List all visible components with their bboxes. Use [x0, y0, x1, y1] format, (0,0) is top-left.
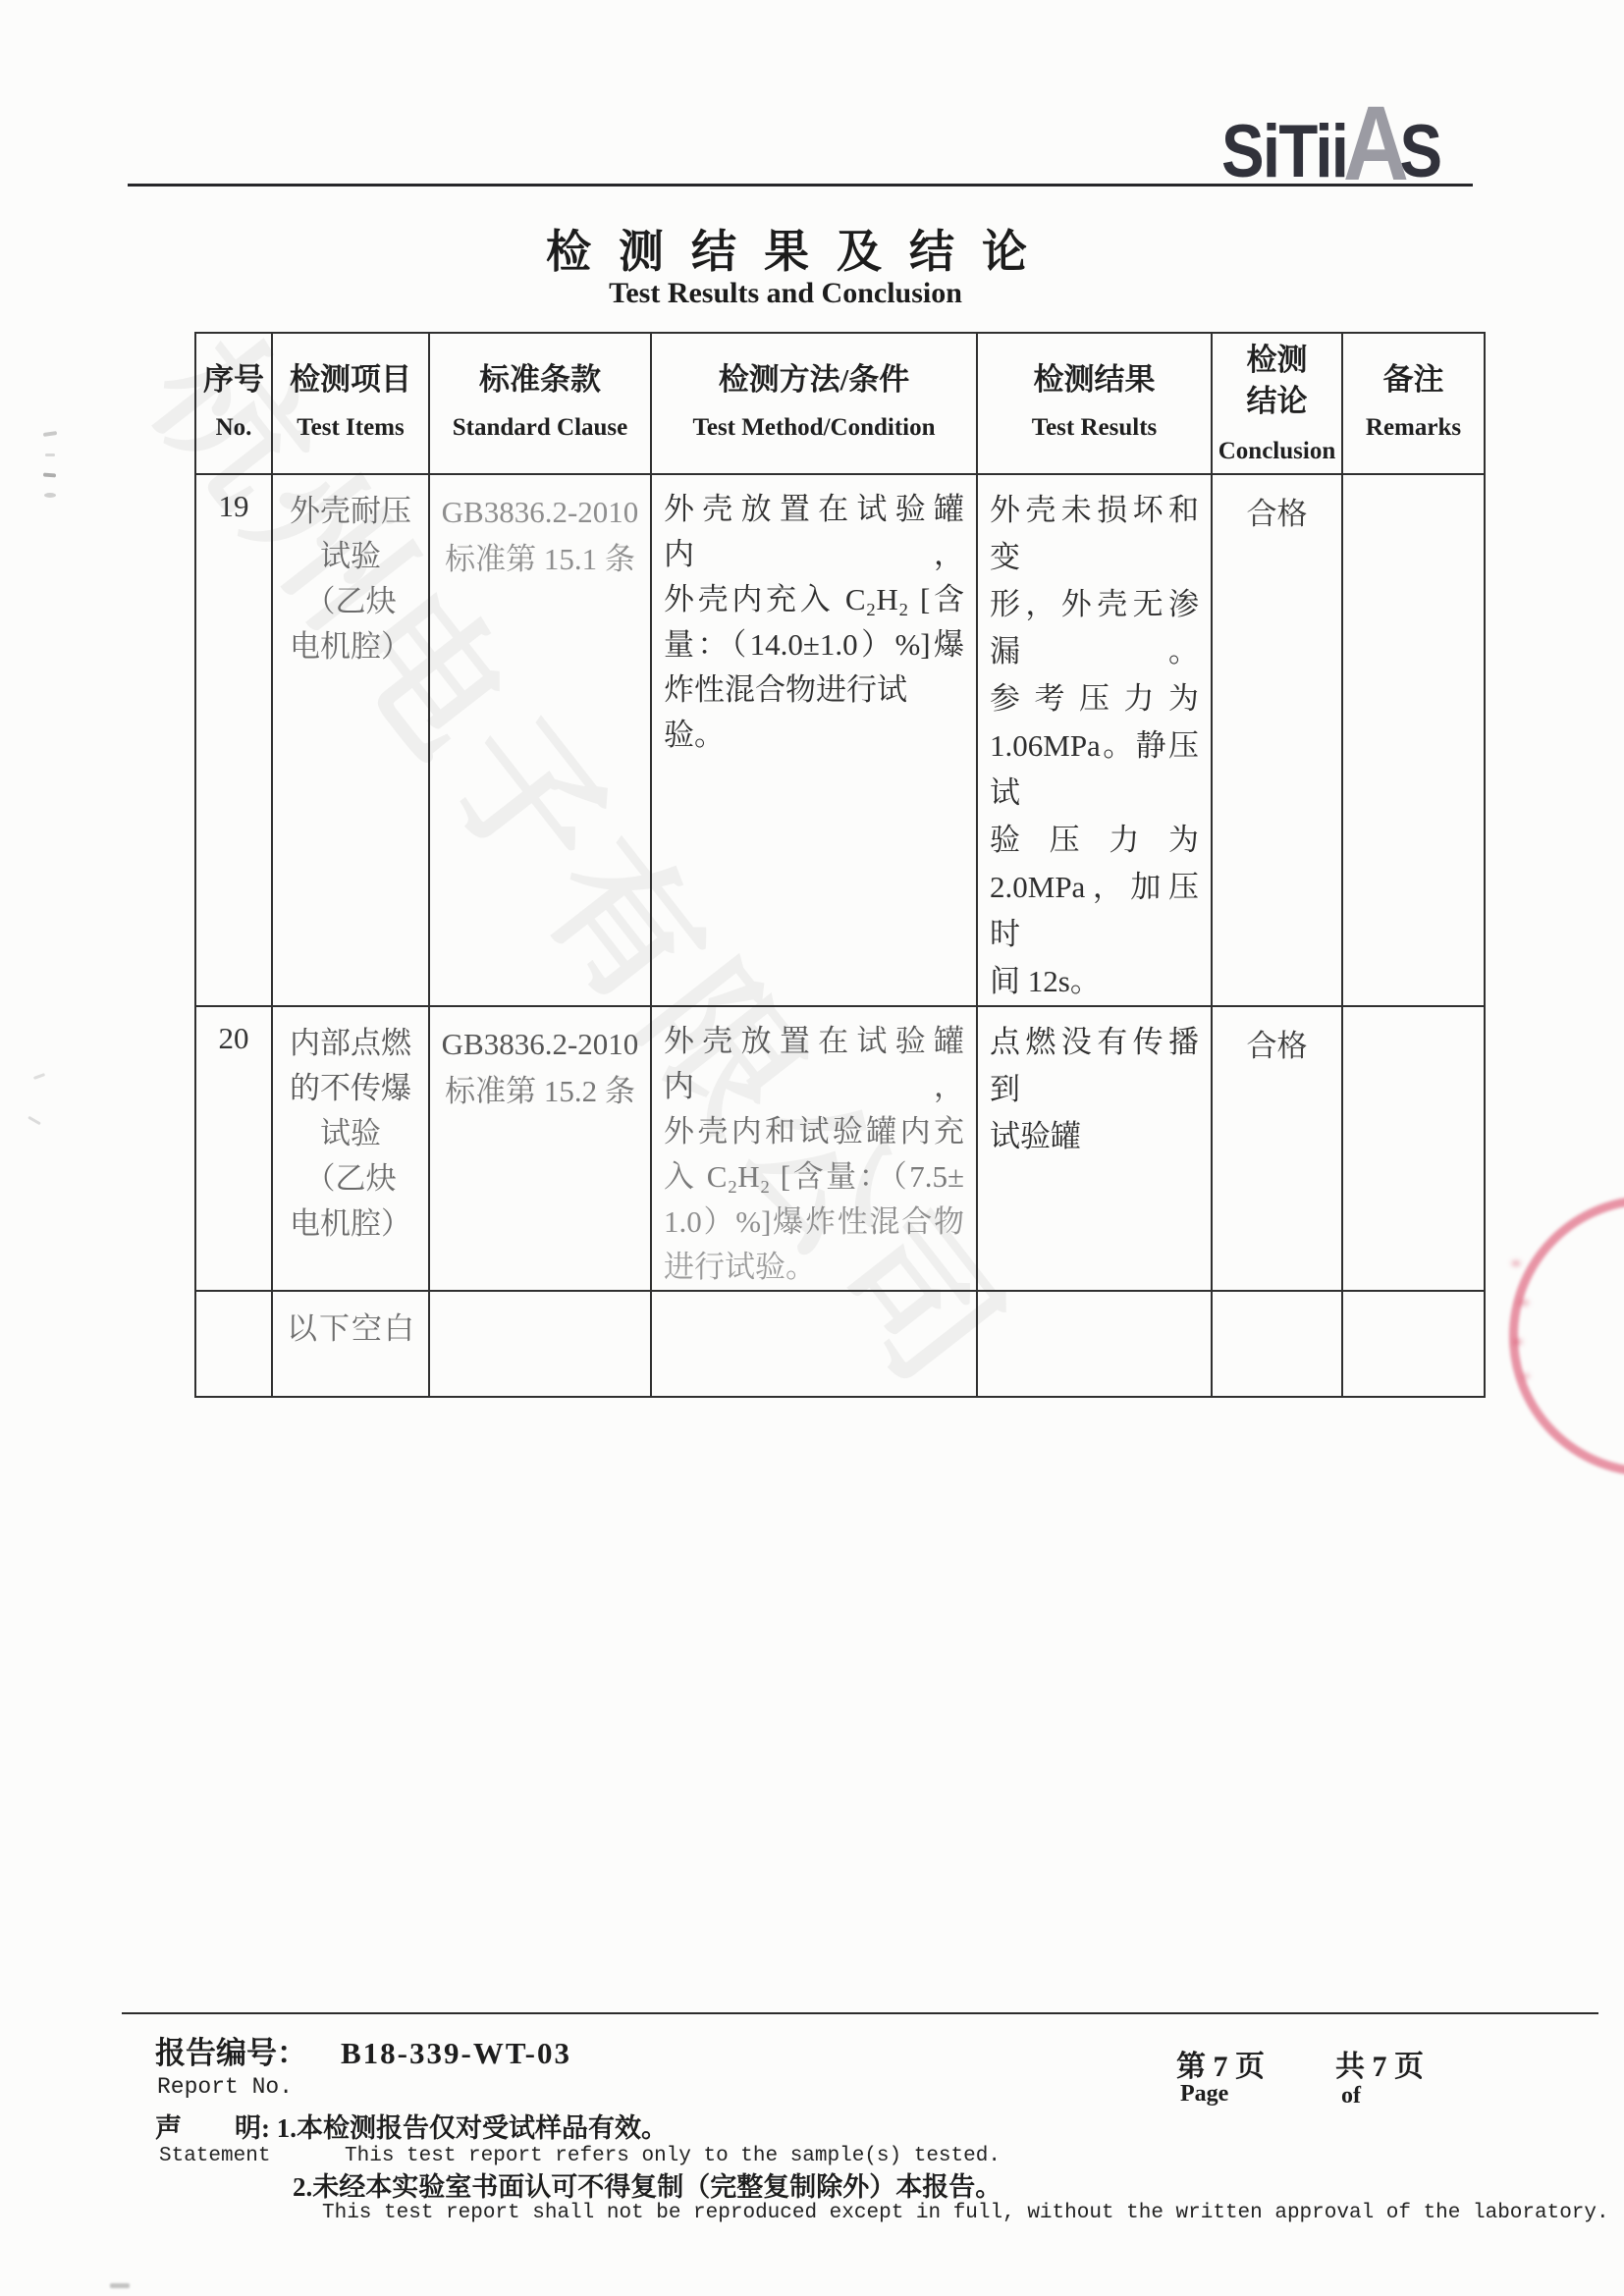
- table-row-blank: 以下空白: [195, 1291, 1485, 1397]
- text-line: 炸性混合物进行试验。: [664, 667, 964, 758]
- text-line: 外壳内充入 C₂H₂ [含: [664, 577, 964, 622]
- text-line: 进行试验。: [664, 1245, 964, 1290]
- text-line: 1.0）%]爆炸性混合物: [664, 1200, 964, 1245]
- header-conclusion-en: Conclusion: [1218, 438, 1335, 465]
- cell-19-clause: GB3836.2-2010 标准第 15.1 条: [429, 474, 651, 1006]
- margin-mark: [33, 1073, 45, 1080]
- header-method-zh: 检测方法/条件: [719, 359, 910, 400]
- header-results: 检测结果 Test Results: [977, 333, 1212, 474]
- report-number-en: Report No.: [157, 2074, 293, 2100]
- text-line: 2.0MPa，加压时: [990, 864, 1199, 958]
- row-number: 19: [196, 475, 271, 524]
- margin-mark: [44, 493, 56, 498]
- header-method-en: Test Method/Condition: [692, 414, 935, 442]
- header-results-en: Test Results: [1032, 414, 1158, 442]
- text-line: 电机腔）: [283, 1201, 418, 1247]
- text-line: GB3836.2-2010: [440, 1021, 640, 1068]
- logo-text-left: SiTii: [1221, 110, 1347, 193]
- header-no-en: No.: [216, 414, 252, 442]
- margin-mark: [43, 431, 57, 437]
- margin-mark: [45, 454, 55, 456]
- header-clause-zh: 标准条款: [479, 359, 601, 400]
- text-line: 标准第 15.2 条: [440, 1068, 640, 1115]
- header-no-zh: 序号: [203, 359, 264, 400]
- text-line: 电机腔）: [283, 624, 418, 669]
- cell-blank-method: [651, 1291, 977, 1397]
- red-seal-text-smudge: [1502, 1249, 1542, 1396]
- cell-blank-results: [977, 1291, 1212, 1397]
- cell-20-conclusion: 合格: [1212, 1006, 1342, 1291]
- header-clause: 标准条款 Standard Clause: [429, 333, 651, 474]
- text-line: 外壳内和试验罐内充: [664, 1109, 964, 1154]
- statement-zh: 声 明: 1.本检测报告仅对受试样品有效。: [155, 2107, 668, 2145]
- report-page: 杭州电子有限公司 SiTiiAS 检测结果及结论 Test Results an…: [0, 0, 1624, 2296]
- margin-mark: [43, 473, 56, 478]
- header-conclusion: 检测 结论 Conclusion: [1212, 333, 1342, 474]
- text-line: 的不传爆: [283, 1066, 418, 1111]
- cell-19-item: 外壳耐压 试验 （乙炔 电机腔）: [272, 474, 429, 1006]
- header-items-zh: 检测项目: [290, 359, 411, 400]
- header-remarks-zh: 备注: [1383, 359, 1444, 400]
- logo-text-right: S: [1400, 110, 1441, 193]
- company-logo: SiTiiAS: [1221, 90, 1440, 196]
- text-line: 外壳耐压: [283, 489, 418, 534]
- blank-below-label: 以下空白: [273, 1292, 428, 1348]
- cell-19-conclusion: 合格: [1212, 474, 1342, 1006]
- cell-blank-remarks: [1342, 1291, 1485, 1397]
- header-remarks-en: Remarks: [1366, 414, 1461, 442]
- header-items-en: Test Items: [297, 414, 405, 442]
- conclusion-value: 合格: [1213, 475, 1341, 533]
- text-line: 外壳放置在试验罐内，: [664, 1019, 964, 1109]
- text-line: （乙炔: [283, 1156, 418, 1201]
- cell-19-remarks: [1342, 474, 1485, 1006]
- statement-en: Statement This test report refers only t…: [159, 2145, 1001, 2167]
- cell-20-method: 外壳放置在试验罐内， 外壳内和试验罐内充 入 C₂H₂ [含量：（7.5± 1.…: [651, 1006, 977, 1291]
- page-total-en: of: [1341, 2083, 1361, 2109]
- margin-mark: [27, 1116, 41, 1126]
- cell-19-method: 外壳放置在试验罐内， 外壳内充入 C₂H₂ [含 量：（14.0±1.0）%]爆…: [651, 474, 977, 1006]
- page-total-zh: 共 7 页: [1335, 2042, 1424, 2085]
- cell-blank-no: [195, 1291, 272, 1397]
- statement2-en: This test report shall not be reproduced…: [322, 2202, 1609, 2224]
- text-line: GB3836.2-2010: [440, 489, 640, 536]
- row-number: 20: [196, 1007, 271, 1056]
- header-clause-en: Standard Clause: [453, 414, 628, 442]
- text-line: 参考压力为: [990, 675, 1199, 722]
- report-number-value: B18-339-WT-03: [341, 2036, 571, 2070]
- cell-20-no: 20: [195, 1006, 272, 1291]
- text-line: 试验: [283, 534, 418, 579]
- text-line: 1.06MPa。静压试: [990, 722, 1199, 817]
- text-line: 形，外壳无渗漏。: [990, 581, 1199, 675]
- cell-blank-item: 以下空白: [272, 1291, 429, 1397]
- cell-20-item: 内部点燃 的不传爆 试验 （乙炔 电机腔）: [272, 1006, 429, 1291]
- page-subtitle: Test Results and Conclusion: [128, 277, 1443, 310]
- cell-blank-conclusion: [1212, 1291, 1342, 1397]
- page-current-zh: 第 7 页: [1176, 2042, 1265, 2085]
- page-title: 检测结果及结论: [128, 216, 1473, 281]
- text-line: 标准第 15.1 条: [440, 536, 640, 583]
- footer-rule: [122, 2012, 1598, 2014]
- text-line: 外壳放置在试验罐内，: [664, 487, 964, 577]
- cell-19-results: 外壳未损坏和变 形，外壳无渗漏。 参考压力为 1.06MPa。静压试 验压力为 …: [977, 474, 1212, 1006]
- header-conclusion-zh: 检测 结论: [1247, 340, 1308, 422]
- text-line: 验压力为: [990, 817, 1199, 864]
- header-no: 序号 No.: [195, 333, 272, 474]
- header-method: 检测方法/条件 Test Method/Condition: [651, 333, 977, 474]
- page-current-en: Page: [1180, 2081, 1228, 2108]
- header-items: 检测项目 Test Items: [272, 333, 429, 474]
- cell-20-remarks: [1342, 1006, 1485, 1291]
- cell-blank-clause: [429, 1291, 651, 1397]
- table-row-19: 19 外壳耐压 试验 （乙炔 电机腔） GB3836.2-2010 标准第 15…: [195, 474, 1485, 1006]
- text-line: 间 12s。: [990, 958, 1199, 1005]
- cell-20-clause: GB3836.2-2010 标准第 15.2 条: [429, 1006, 651, 1291]
- text-line: 外壳未损坏和变: [990, 487, 1199, 581]
- report-number-line: 报告编号：B18-339-WT-03: [155, 2028, 571, 2072]
- cell-20-results: 点燃没有传播到 试验罐: [977, 1006, 1212, 1291]
- margin-mark: [110, 2283, 130, 2288]
- results-table: 序号 No. 检测项目 Test Items 标准条款 Standard Cla…: [194, 332, 1486, 1398]
- text-line: 试验罐: [990, 1113, 1199, 1160]
- text-line: 内部点燃: [283, 1021, 418, 1066]
- text-line: 入 C₂H₂ [含量：（7.5±: [664, 1154, 964, 1200]
- table-row-20: 20 内部点燃 的不传爆 试验 （乙炔 电机腔） GB3836.2-2010 标…: [195, 1006, 1485, 1291]
- header-remarks: 备注 Remarks: [1342, 333, 1485, 474]
- cell-19-no: 19: [195, 474, 272, 1006]
- text-line: 量：（14.0±1.0）%]爆: [664, 622, 964, 667]
- text-line: （乙炔: [283, 579, 418, 624]
- text-line: 点燃没有传播到: [990, 1019, 1199, 1113]
- header-results-zh: 检测结果: [1034, 359, 1156, 400]
- header-rule: [128, 184, 1473, 187]
- statement2-zh: 2.未经本实验室书面认可不得复制（完整复制除外）本报告。: [293, 2165, 1001, 2204]
- conclusion-value: 合格: [1213, 1007, 1341, 1065]
- text-line: 试验: [283, 1111, 418, 1156]
- report-number-label: 报告编号：: [155, 2036, 307, 2070]
- table-header-row: 序号 No. 检测项目 Test Items 标准条款 Standard Cla…: [195, 333, 1485, 474]
